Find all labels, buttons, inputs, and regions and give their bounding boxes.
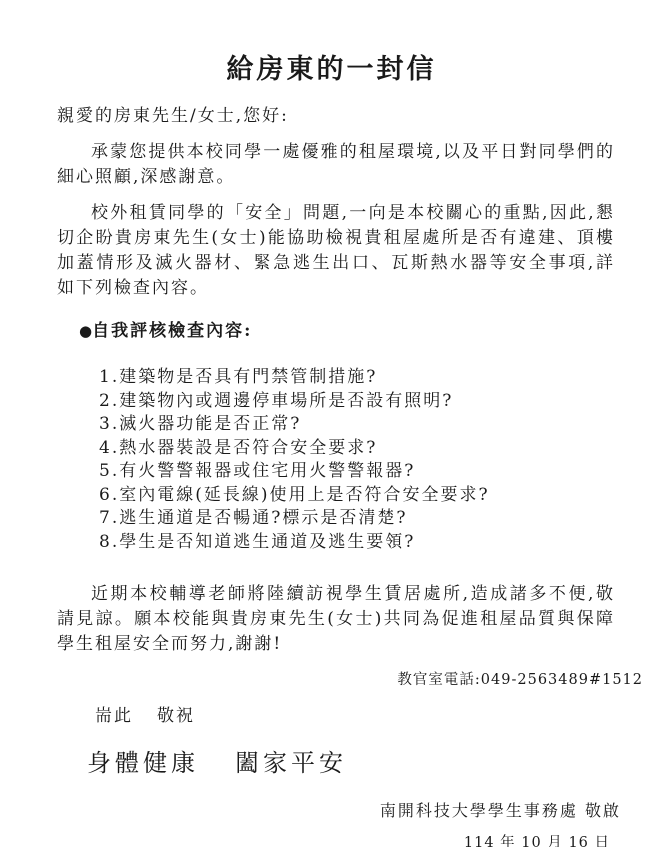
checklist-item: 3.滅火器功能是否正常?: [99, 413, 615, 437]
date: 114 年 10 月 16 日: [57, 834, 610, 847]
valediction-second: 敬祝: [157, 706, 195, 726]
blessing-second: 闔家平安: [235, 749, 347, 777]
bullet-circle-icon: ●: [79, 322, 92, 340]
page-title: 給房東的一封信: [0, 52, 663, 88]
letter-body: 親愛的房東先生/女士,您好: 承蒙您提供本校同學一處優雅的租屋環境,以及平日對同…: [0, 104, 663, 847]
signature: 南開科技大學學生事務處 敬啟: [57, 800, 621, 822]
checklist-item: 8.學生是否知道逃生通道及逃生要領?: [99, 531, 615, 555]
greeting-line: 親愛的房東先生/女士,您好:: [57, 104, 615, 129]
letter-page: 給房東的一封信 親愛的房東先生/女士,您好: 承蒙您提供本校同學一處優雅的租屋環…: [0, 0, 663, 847]
checklist-item: 1.建築物是否具有門禁管制措施?: [99, 366, 615, 390]
checklist-item: 4.熱水器裝設是否符合安全要求?: [99, 437, 615, 461]
checklist-item: 7.逃生通道是否暢通?標示是否清楚?: [99, 507, 615, 531]
checklist: 1.建築物是否具有門禁管制措施? 2.建築物內或週邊停車場所是否設有照明? 3.…: [57, 366, 615, 554]
contact-phone: 教官室電話:049-2563489#1512: [57, 671, 643, 689]
paragraph-thanks: 承蒙您提供本校同學一處優雅的租屋環境,以及平日對同學們的細心照顧,深感謝意。: [57, 140, 615, 190]
paragraph-closing: 近期本校輔導老師將陸續訪視學生賃居處所,造成諸多不便,敬請見諒。願本校能與貴房東…: [57, 582, 615, 657]
blessing-first: 身體健康: [87, 749, 199, 777]
blessing-line: 身體健康闔家平安: [57, 746, 615, 780]
checklist-heading-label: 自我評核檢查內容:: [92, 321, 252, 341]
checklist-heading: ●自我評核檢查內容:: [57, 319, 615, 344]
paragraph-safety: 校外租賃同學的「安全」問題,一向是本校關心的重點,因此,懇切企盼貴房東先生(女士…: [57, 201, 615, 301]
checklist-item: 5.有火警警報器或住宅用火警警報器?: [99, 460, 615, 484]
valediction-first: 耑此: [95, 706, 133, 726]
valediction-line: 耑此敬祝: [57, 704, 615, 728]
checklist-item: 6.室內電線(延長線)使用上是否符合安全要求?: [99, 484, 615, 508]
checklist-item: 2.建築物內或週邊停車場所是否設有照明?: [99, 390, 615, 414]
